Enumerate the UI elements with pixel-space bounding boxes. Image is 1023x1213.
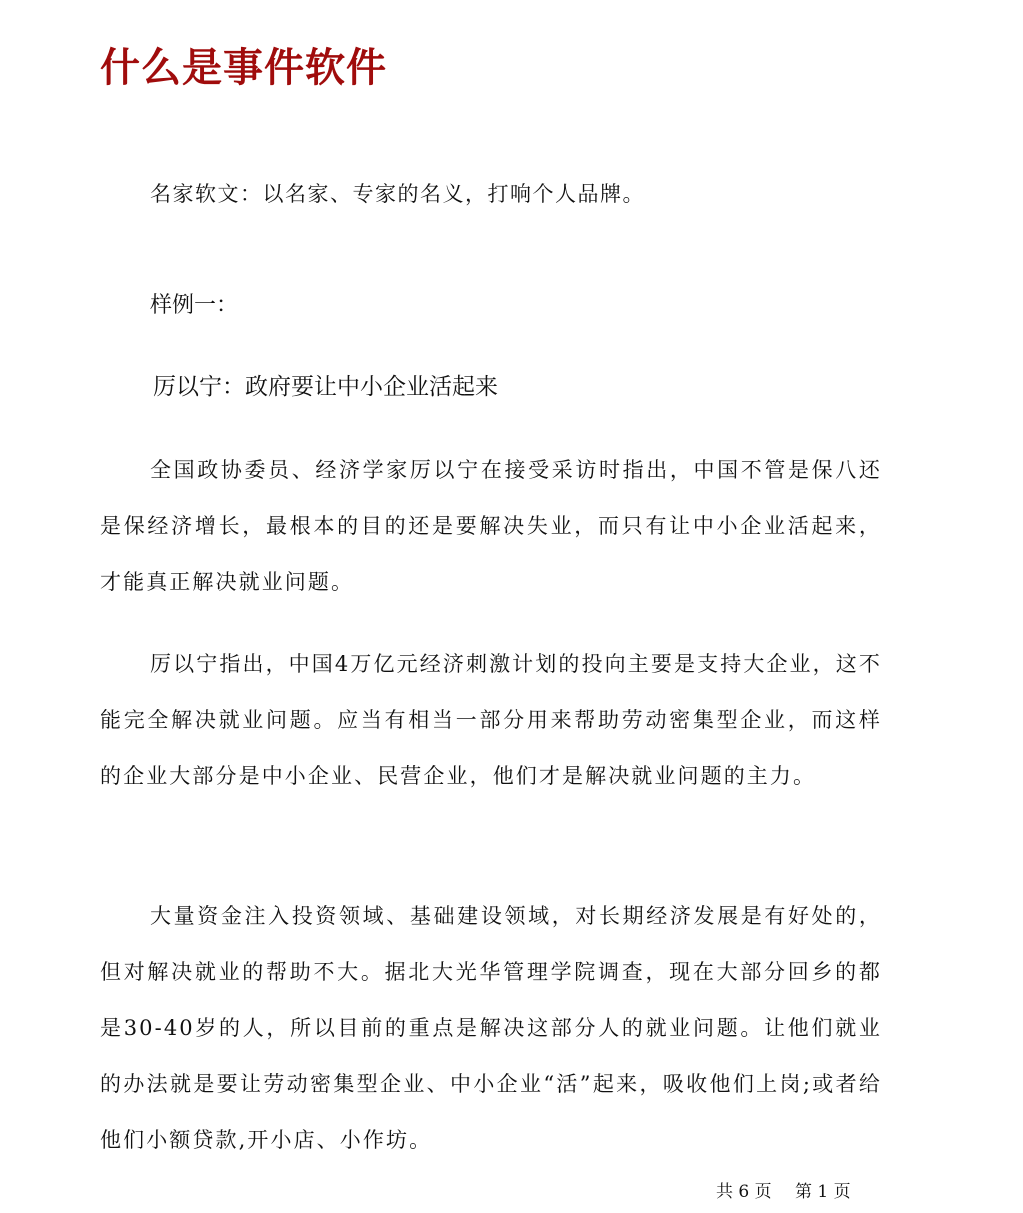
current-page-label: 第 1 页 — [795, 1182, 851, 1202]
body-paragraph-2: 厉以宁指出，中国4万亿元经济刺激计划的投向主要是支持大企业，这不能完全解决就业问… — [100, 636, 882, 804]
body-paragraph-3: 大量资金注入投资领域、基础建设领域，对长期经济发展是有好处的，但对解决就业的帮助… — [100, 888, 882, 1168]
example-heading: 样例一： — [150, 290, 238, 322]
page-footer: 共 6 页 第 1 页 — [716, 1180, 851, 1204]
article-heading: 厉以宁：政府要让中小企业活起来 — [153, 370, 498, 404]
document-title: 什么是事件软件 — [100, 40, 387, 96]
body-paragraph-1: 全国政协委员、经济学家厉以宁在接受采访时指出，中国不管是保八还是保经济增长，最根… — [100, 442, 882, 610]
intro-line: 名家软文：以名家、专家的名义，打响个人品牌。 — [150, 178, 645, 210]
total-pages-label: 共 6 页 — [716, 1182, 772, 1202]
